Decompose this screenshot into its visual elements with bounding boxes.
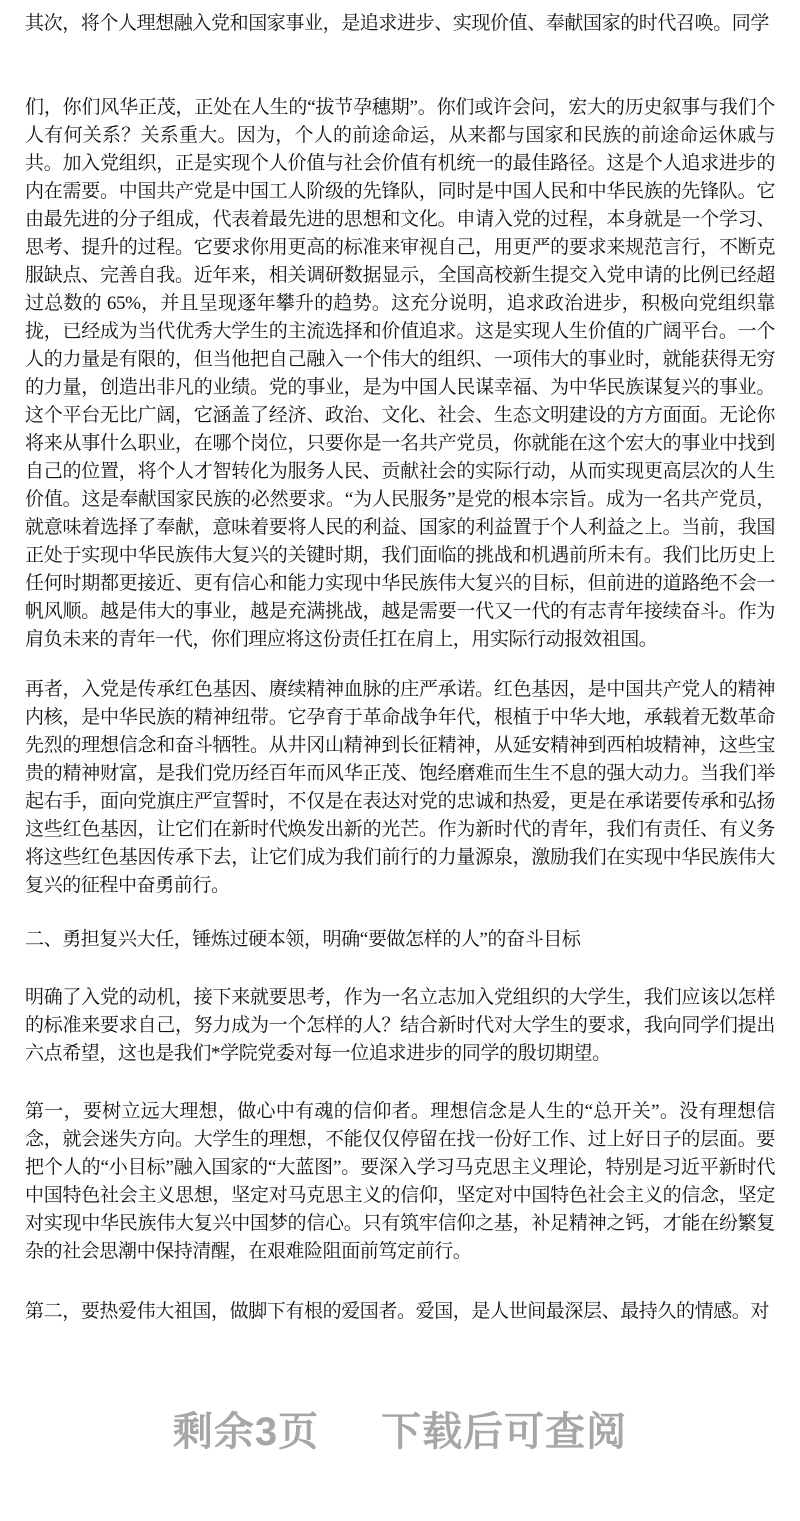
paragraph-second-hope-truncated: 第二，要热爱伟大祖国，做脚下有根的爱国者。爱国，是人世间最深层、最持久的情感。对 xyxy=(25,1298,775,1326)
paragraph-hopes-intro: 明确了入党的动机，接下来就要思考，作为一名立志加入党组织的大学生，我们应该以怎样… xyxy=(25,984,775,1068)
paragraph-join-party-value: 们，你们风华正茂，正处在人生的“拔节孕穗期”。你们或许会问，宏大的历史叙事与我们… xyxy=(25,94,775,654)
document-body: 其次，将个人理想融入党和国家事业，是追求进步、实现价值、奉献国家的时代召唤。同学… xyxy=(25,10,775,1326)
paragraph-red-gene: 再者，入党是传承红色基因、赓续精神血脉的庄严承诺。红色基因，是中国共产党人的精神… xyxy=(25,676,775,900)
continuation-line: 其次，将个人理想融入党和国家事业，是追求进步、实现价值、奉献国家的时代召唤。同学 xyxy=(25,10,775,38)
preview-footer-banner: 剩余3页 下载后可查阅 xyxy=(25,1408,775,1456)
paragraph-first-hope: 第一，要树立远大理想，做心中有魂的信仰者。理想信念是人生的“总开关”。没有理想信… xyxy=(25,1098,775,1266)
document-preview-page: 其次，将个人理想融入党和国家事业，是追求进步、实现价值、奉献国家的时代召唤。同学… xyxy=(0,0,800,1521)
download-hint-label: 下载后可查阅 xyxy=(381,1408,627,1456)
remaining-pages-label: 剩余3页 xyxy=(173,1408,319,1456)
section-heading: 二、勇担复兴大任，锤炼过硬本领，明确“要做怎样的人”的奋斗目标 xyxy=(25,926,775,954)
